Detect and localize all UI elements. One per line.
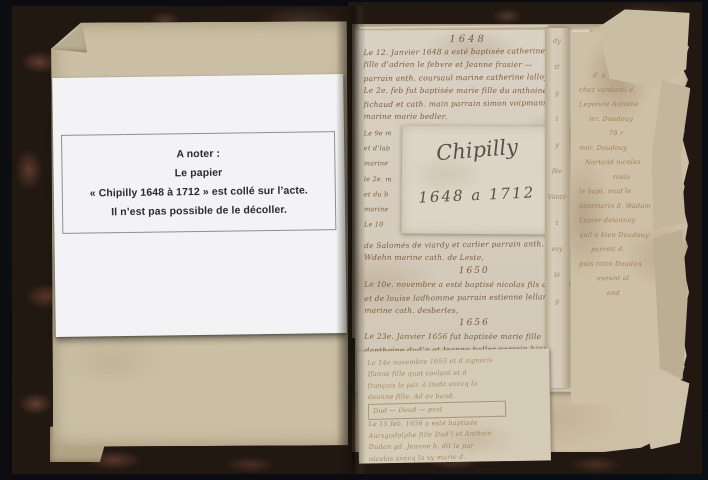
archivist-note-frame: A noter :Le papier« Chipilly 1648 à 1712… [61, 131, 336, 234]
handwritten-fragment: marine [364, 157, 400, 173]
handwritten-fragment: dy [545, 28, 569, 54]
note-text-line: « Chipilly 1648 à 1712 » est collé sur l… [63, 181, 335, 204]
page-edge-strip: dyttytyféeVantétvoylég [545, 28, 569, 388]
handwritten-fragment: Le 9e m [364, 126, 400, 142]
label-title: Chipilly [401, 132, 552, 168]
gutter-fold-line [352, 338, 355, 466]
handwritten-fragment: t [545, 106, 569, 132]
margin-fragments: Le 9e met d’labmarinele 2e. met du bmari… [364, 126, 400, 234]
handwritten-fragment: Vanté [545, 184, 569, 210]
handwritten-fragment: et d’lab [364, 141, 400, 156]
handwritten-fragment: et du b [364, 187, 400, 203]
archivist-note-paper: A noter :Le papier« Chipilly 1648 à 1712… [52, 74, 347, 337]
handwritten-fragment: tt [545, 54, 569, 80]
handwritten-fragment: le 2e. m [364, 172, 400, 187]
note-text-line: Il n’est pas possible de le décoller. [63, 200, 335, 223]
handwritten-fragment: lé [545, 262, 569, 288]
register-photo-scene: A noter :Le papier« Chipilly 1648 à 1712… [0, 0, 708, 480]
handwritten-fragment: fée [545, 158, 569, 184]
handwritten-fragment: y [545, 132, 569, 158]
handwritten-fragment: voy [545, 236, 569, 262]
inserted-paper-bottom: Le 14e novembre 1695 et d signorisJfanne… [357, 348, 551, 463]
handwritten-fragment: t [545, 210, 569, 236]
handwritten-fragment: y [545, 80, 569, 106]
label-year-range: 1648 a 1712 [401, 183, 552, 208]
pasted-label-chipilly: Chipilly 1648 a 1712 [402, 125, 553, 234]
handwritten-fragment: Le 10 [364, 217, 400, 233]
handwritten-fragment: g [545, 288, 569, 314]
archivist-note-text: A noter :Le papier« Chipilly 1648 à 1712… [62, 143, 335, 223]
handwritten-fragment: marine [364, 202, 400, 217]
